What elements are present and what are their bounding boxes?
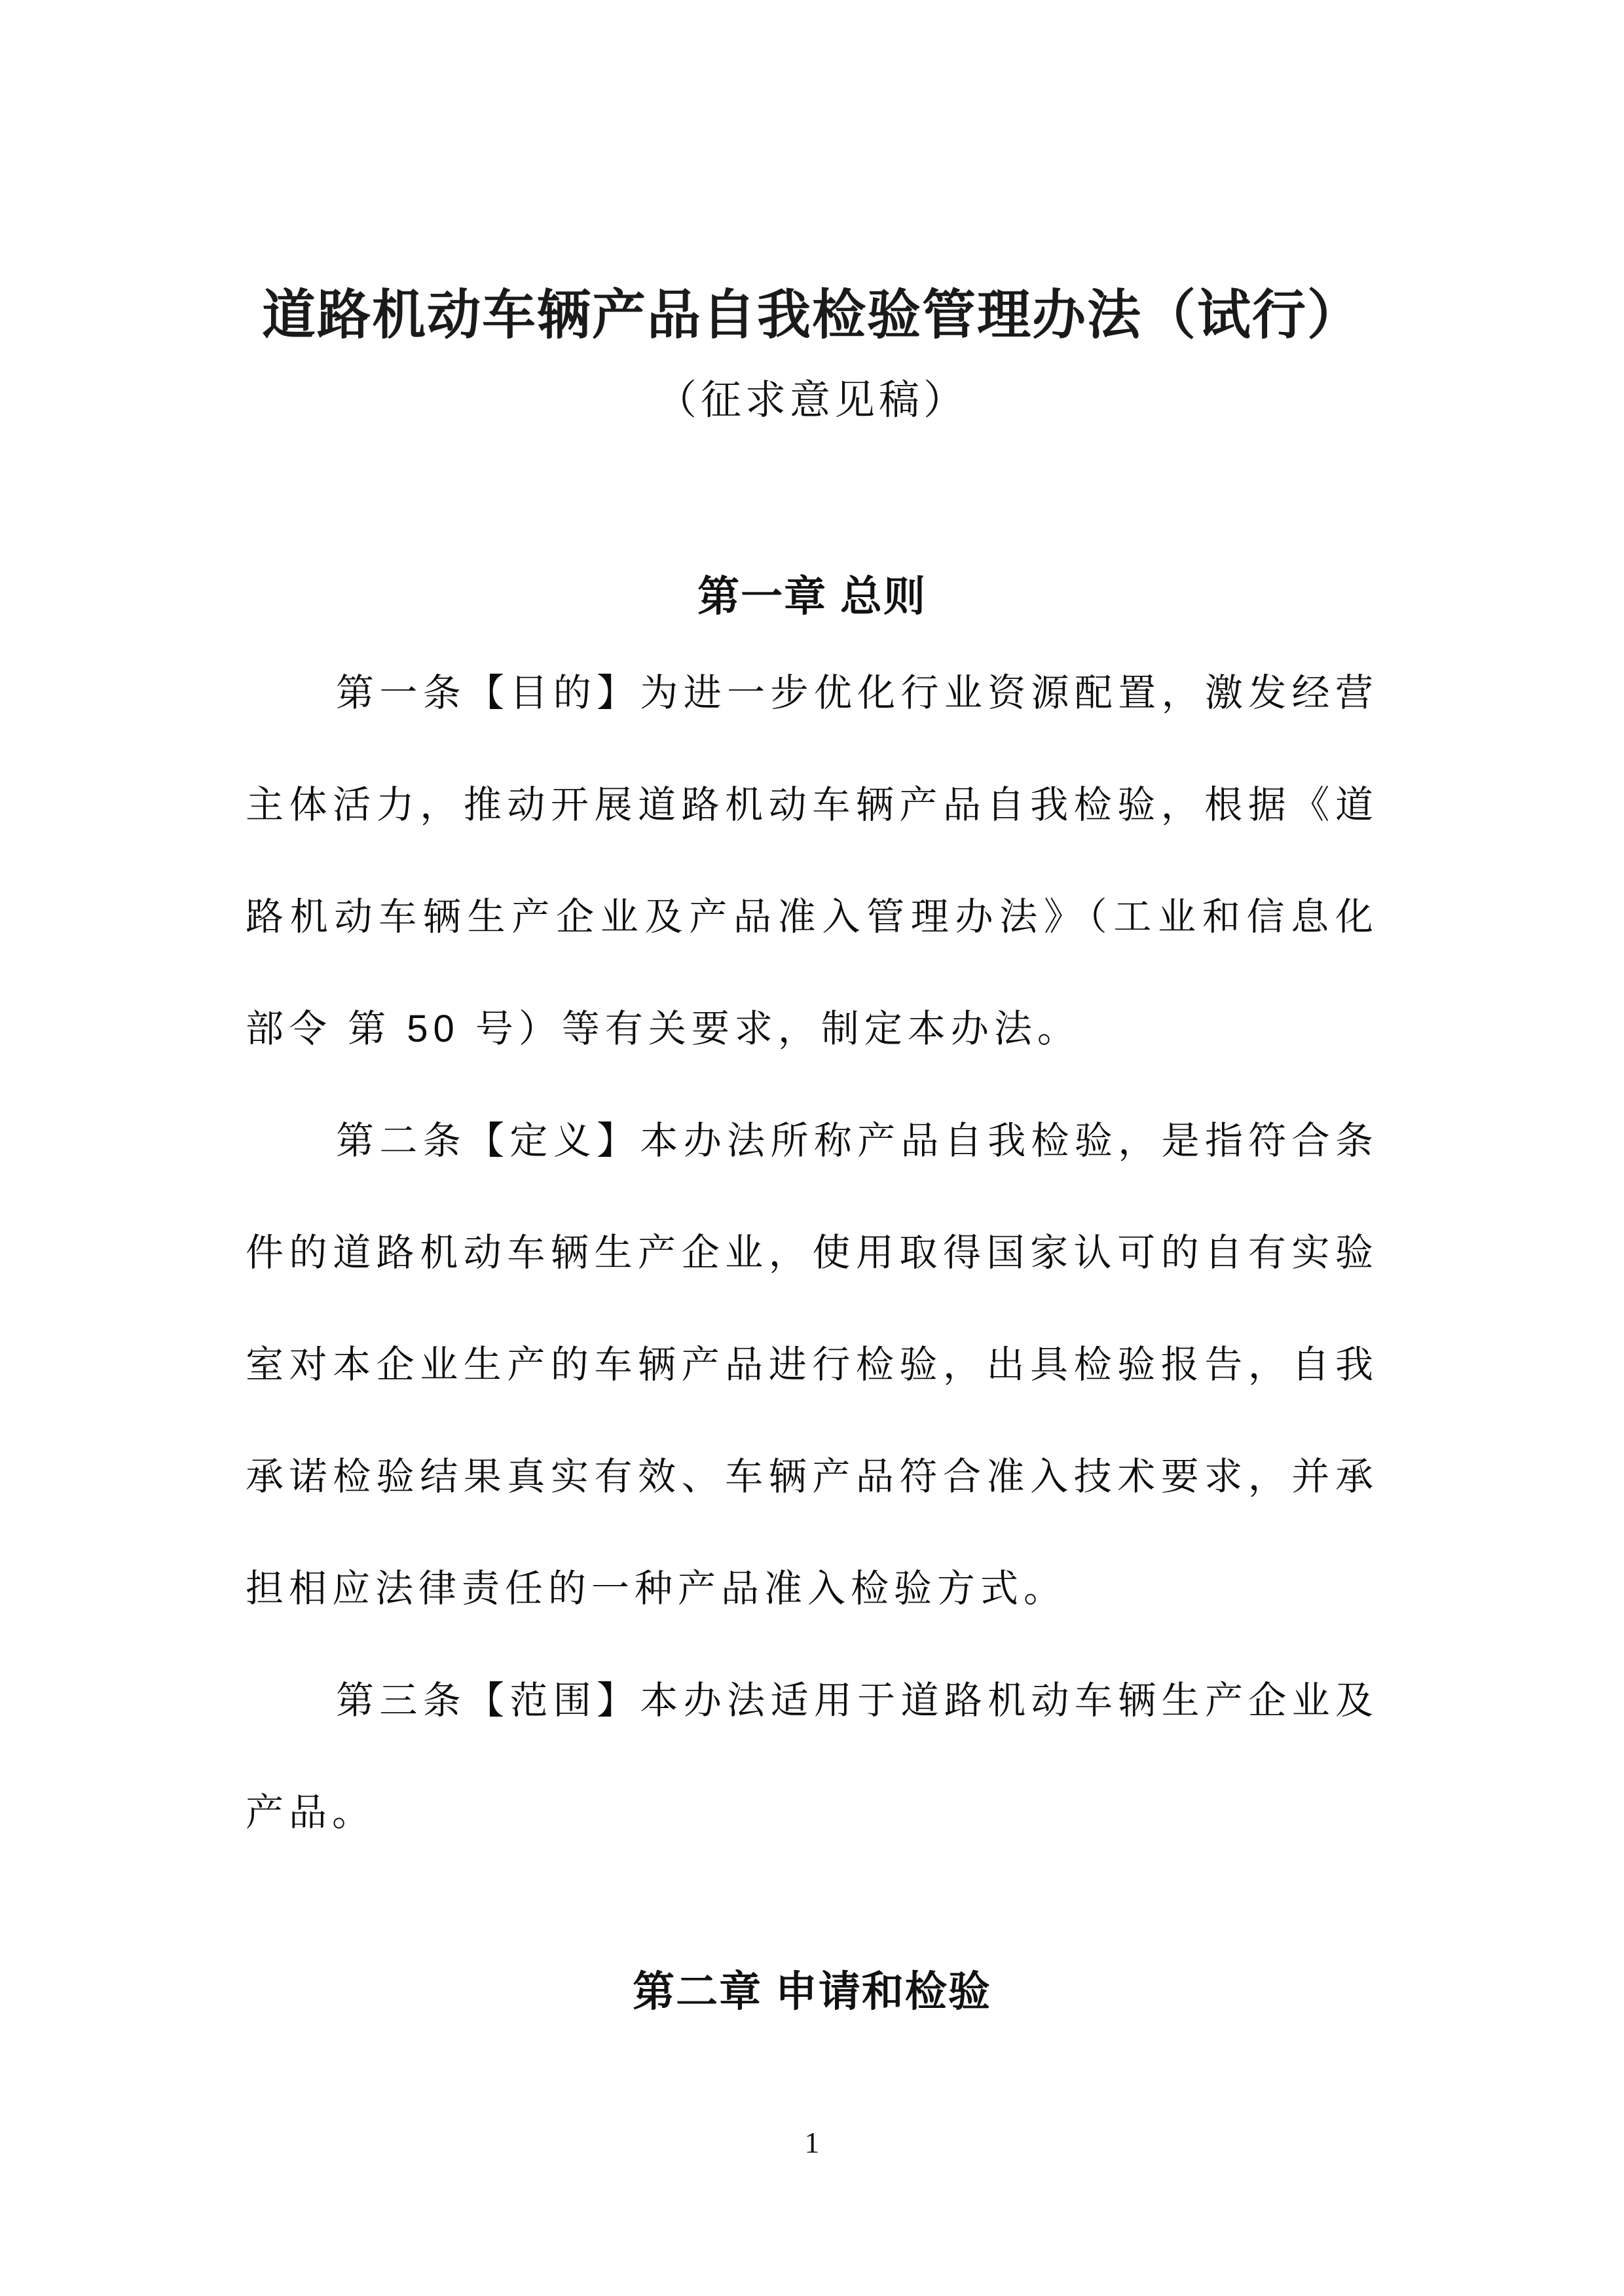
body-line: 担相应法律责任的一种产品准入检验方式。 (246, 1533, 1378, 1645)
chapter-2-heading: 第二章 申请和检验 (0, 1971, 1624, 2013)
document-title: 道路机动车辆产品自我检验管理办法（试行） (0, 283, 1624, 348)
page-number: 1 (0, 2126, 1624, 2159)
chapter-1-heading: 第一章 总则 (0, 575, 1624, 617)
body-text: 第一条【目的】为进一步优化行业资源配置，激发经营 主体活力，推动开展道路机动车辆… (246, 637, 1378, 1868)
body-line: 件的道路机动车辆生产企业，使用取得国家认可的自有实验 (246, 1197, 1378, 1309)
body-line: 部令 第 50 号）等有关要求，制定本办法。 (246, 973, 1378, 1085)
body-line: 路机动车辆生产企业及产品准入管理办法》（工业和信息化 (246, 861, 1378, 973)
body-line: 第二条【定义】本办法所称产品自我检验，是指符合条 (246, 1085, 1378, 1197)
body-line: 主体活力，推动开展道路机动车辆产品自我检验，根据《道 (246, 749, 1378, 861)
document-subtitle: （征求意见稿） (0, 371, 1624, 430)
document-page: 道路机动车辆产品自我检验管理办法（试行） （征求意见稿） 第一章 总则 第一条【… (0, 0, 1624, 2296)
body-line: 承诺检验结果真实有效、车辆产品符合准入技术要求，并承 (246, 1421, 1378, 1533)
body-line: 第三条【范围】本办法适用于道路机动车辆生产企业及 (246, 1645, 1378, 1757)
body-line: 第一条【目的】为进一步优化行业资源配置，激发经营 (246, 637, 1378, 749)
body-line: 室对本企业生产的车辆产品进行检验，出具检验报告，自我 (246, 1309, 1378, 1421)
body-line: 产品。 (246, 1757, 1378, 1868)
